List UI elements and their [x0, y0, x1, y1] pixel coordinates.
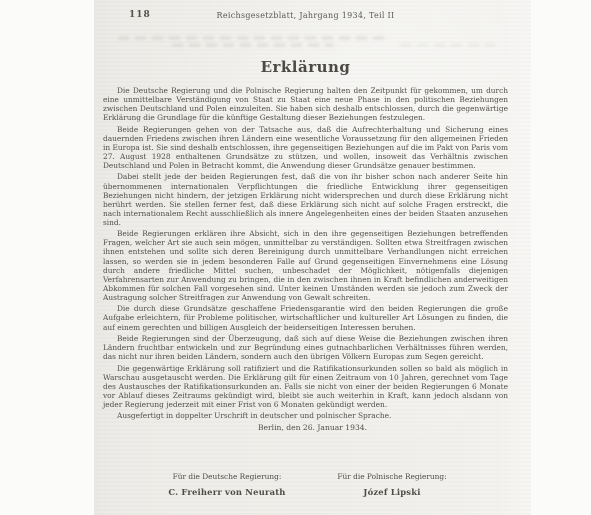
paragraph: Die Deutsche Regierung und die Polnische… — [103, 86, 508, 122]
journal-title: Reichsgesetzblatt, Jahrgang 1934, Teil I… — [103, 11, 508, 20]
declaration-title: Erklärung — [103, 58, 508, 76]
paragraph: Beide Regierungen sind der Überzeugung, … — [103, 334, 508, 361]
page-header: 118 Reichsgesetzblatt, Jahrgang 1934, Te… — [103, 10, 508, 24]
declaration-body: Die Deutsche Regierung und die Polnische… — [103, 86, 508, 434]
signature-polish-name: Józef Lipski — [292, 487, 492, 497]
dateline: Berlin, den 26. Januar 1934. — [103, 423, 508, 432]
paragraph: Dabei stellt jede der beiden Regierungen… — [103, 172, 508, 227]
paragraph: Beide Regierungen erklären ihre Absicht,… — [103, 229, 508, 302]
paragraph: Die durch diese Grundsätze geschaffene F… — [103, 304, 508, 331]
document-scan: 118 Reichsgesetzblatt, Jahrgang 1934, Te… — [0, 0, 591, 515]
paragraph: Beide Regierungen gehen von der Tatsache… — [103, 125, 508, 170]
signature-polish: Für die Polnische Regierung: Józef Lipsk… — [292, 472, 492, 497]
closing-line: Ausgefertigt in doppelter Urschrift in d… — [103, 411, 508, 420]
paragraph: Die gegenwärtige Erklärung soll ratifizi… — [103, 364, 508, 409]
signature-polish-label: Für die Polnische Regierung: — [292, 472, 492, 481]
